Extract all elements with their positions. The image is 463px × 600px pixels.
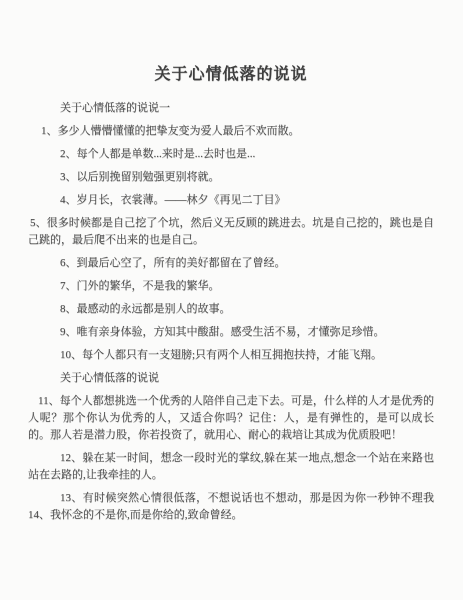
- section-1-heading: 关于心情低落的说说一: [28, 100, 434, 117]
- saying-item-11: 11、每个人都想挑选一个优秀的人陪伴自己走下去。可是，什么样的人才是优秀的人呢？…: [28, 393, 434, 444]
- saying-item-10: 10、每个人都只有一支翅膀;只有两个人相互拥抱扶持，才能飞翔。: [28, 347, 434, 364]
- saying-item-8: 8、最感动的永远都是别人的故事。: [28, 301, 434, 318]
- saying-item-5: 5、很多时候都是自己挖了个坑，然后义无反顾的跳进去。坑是自己挖的，跳也是自己跳的…: [28, 215, 434, 249]
- saying-item-3: 3、以后别挽留别勉强更别将就。: [28, 169, 434, 186]
- saying-item-12: 12、躲在某一时间，想念一段时光的掌纹,躲在某一地点,想念一个站在来路也站在去路…: [28, 450, 434, 484]
- section-2-heading: 关于心情低落的说说: [28, 370, 434, 387]
- page-title: 关于心情低落的说说: [28, 64, 434, 86]
- saying-item-1: 1、多少人懵懵懂懂的把挚友变为爱人最后不欢而散。: [28, 123, 434, 140]
- saying-item-6: 6、到最后心空了，所有的美好都留在了曾经。: [28, 255, 434, 272]
- saying-item-9: 9、唯有亲身体验，方知其中酸甜。感受生活不易，才懂弥足珍惜。: [28, 324, 434, 341]
- document-content: 关于心情低落的说说 关于心情低落的说说一 1、多少人懵懵懂懂的把挚友变为爱人最后…: [0, 0, 463, 530]
- document-page: 关于心情低落的说说 关于心情低落的说说一 1、多少人懵懵懂懂的把挚友变为爱人最后…: [0, 0, 463, 600]
- saying-item-7: 7、门外的繁华，不是我的繁华。: [28, 278, 434, 295]
- saying-item-2: 2、每个人都是单数...来时是...去时也是...: [28, 146, 434, 163]
- saying-item-13: 13、有时候突然心情很低落，不想说话也不想动，那是因为你一秒钟不理我 14、我怀…: [28, 490, 434, 524]
- saying-item-4: 4、岁月长，衣裳薄。——林夕《再见二丁目》: [28, 192, 434, 209]
